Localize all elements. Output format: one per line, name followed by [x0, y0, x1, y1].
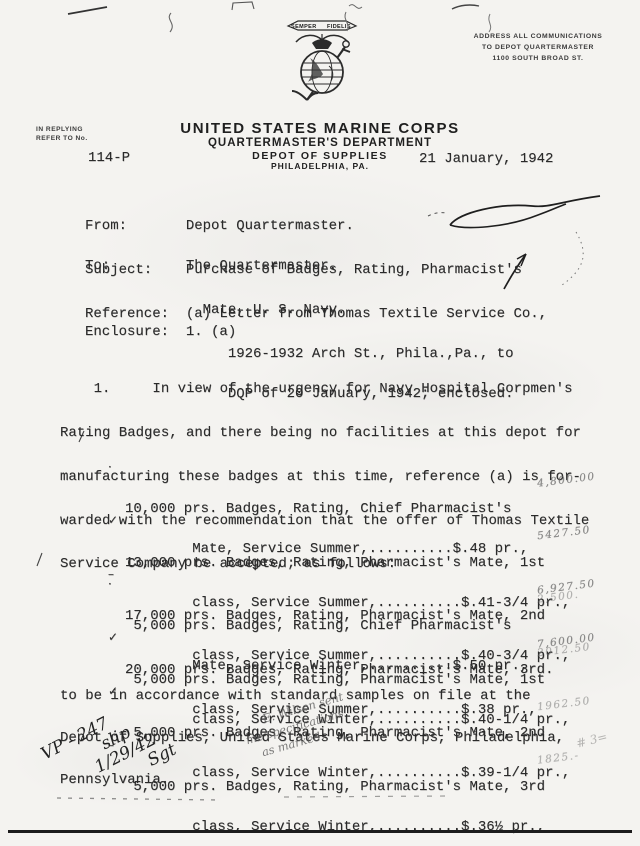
order-item: ✓ 5,000 prs. Badges, Rating, Pharmacist'…: [125, 633, 570, 660]
usmc-emblem: SEMPER FIDELIS: [282, 16, 362, 111]
item-line: 10,000 prs. Badges, Rating, Chief Pharma…: [125, 503, 570, 516]
printed-address-block: ADDRESS ALL COMMUNICATIONS TO DEPOT QUAR…: [440, 31, 636, 64]
address-line: 1100 SOUTH BROAD ST.: [440, 53, 636, 64]
ref-number: 114-P: [88, 152, 130, 165]
check-mark: ·: [108, 578, 112, 591]
order-item: · 5,000 prs. Badges, Rating, Chief Pharm…: [125, 580, 570, 607]
letterhead-title: UNITED STATES MARINE CORPS: [140, 120, 500, 137]
check-mark: ✓: [108, 514, 118, 527]
handwritten-amount: 2012.50: [536, 641, 591, 661]
letter-date: 21 January, 1942: [419, 153, 553, 166]
check-mark: ·: [108, 461, 112, 474]
paragraph-line: 1. In view of the urgency for Navy Hospi…: [60, 382, 589, 397]
enclosure-line: Enclosure: 1. (a): [85, 326, 236, 339]
item-line: 5,000 prs. Badges, Rating, Chief Pharmac…: [125, 620, 570, 633]
scanned-letter-page: SEMPER FIDELIS: [0, 0, 640, 846]
handwritten-faint-mark: # 3=: [575, 729, 609, 750]
check-mark: ✓: [108, 631, 118, 644]
handwritten-amount: 2,500.: [536, 588, 580, 606]
from-line: From: Depot Quartermaster.: [85, 220, 354, 233]
address-line: TO DEPOT QUARTERMASTER: [440, 42, 636, 53]
refer-note: IN REPLYING REFER TO No.: [36, 126, 88, 143]
subject-line: Subject: Purchase of Badges, Rating, Pha…: [85, 264, 522, 277]
order-item: ✓ 13,000 prs. Badges, Rating, Pharmacist…: [125, 516, 570, 543]
order-item: · 10,000 prs. Badges, Rating, Chief Phar…: [125, 463, 570, 490]
refer-line: REFER TO No.: [36, 135, 88, 144]
reference-line: Reference: (a) Letter from Thomas Textil…: [85, 308, 547, 321]
svg-text:FIDELIS: FIDELIS: [327, 24, 351, 30]
letterhead-department: QUARTERMASTER'S DEPARTMENT: [140, 137, 500, 149]
address-line: ADDRESS ALL COMMUNICATIONS: [440, 31, 636, 42]
bottom-scan-line: [8, 830, 632, 833]
svg-text:SEMPER: SEMPER: [291, 24, 317, 30]
refer-line: IN REPLYING: [36, 126, 88, 135]
